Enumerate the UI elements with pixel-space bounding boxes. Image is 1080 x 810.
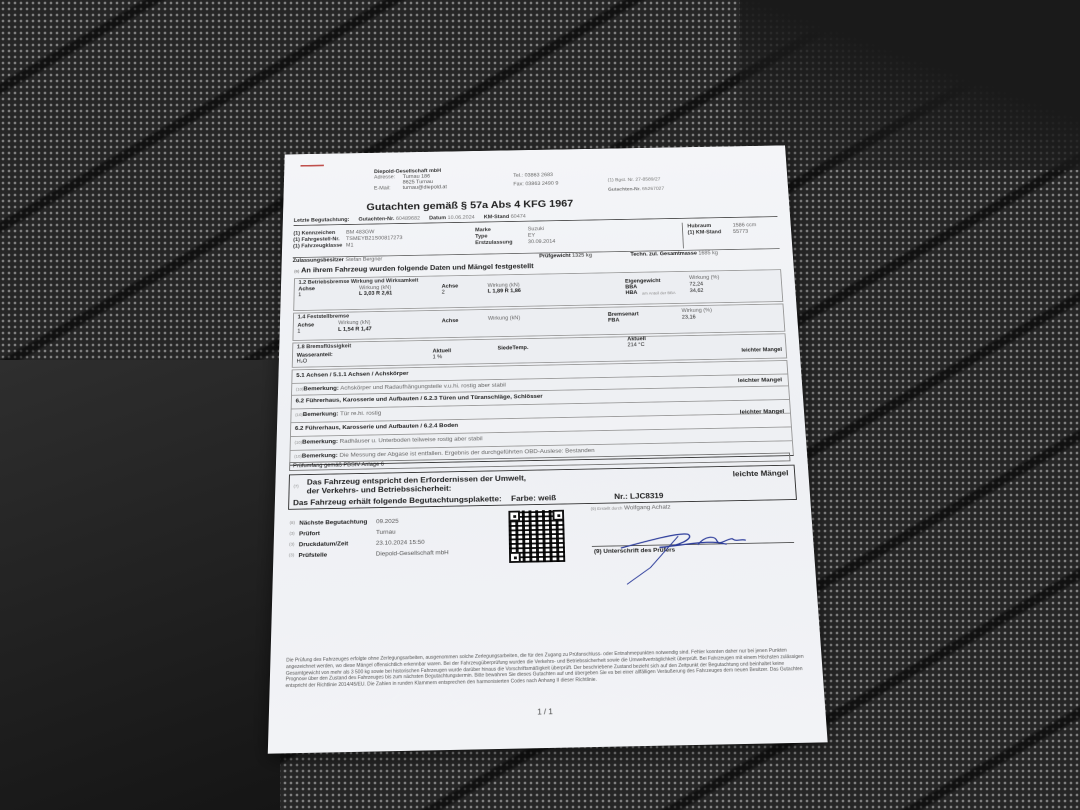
sticker-number: Nr.: LJC8319 — [614, 491, 664, 501]
company-header: Diepold-Gesellschaft mbH Adresse:Turnau … — [374, 163, 761, 191]
inspection-report-document: Diepold-Gesellschaft mbH Adresse:Turnau … — [268, 145, 828, 753]
inspection-footer-info: (8)Nächste Begutachtung09.2025 (3)Prüfor… — [289, 517, 449, 563]
contact-numbers: Tel.: 03863 2683 Fax: 03863 2490 9 — [513, 173, 558, 191]
verdict-box: (7) Das Fahrzeug entspricht den Erforder… — [288, 465, 797, 510]
qr-code — [508, 510, 565, 563]
red-mark — [301, 165, 324, 167]
seat-shadow — [740, 0, 1080, 170]
findings-heading: (6) An ihrem Fahrzeug wurden folgende Da… — [294, 262, 534, 274]
handwritten-signature — [581, 510, 806, 587]
legal-disclaimer: Die Prüfung des Fahrzeuges erfolgte ohne… — [285, 647, 807, 689]
verdict-result: leichte Mängel — [733, 468, 789, 478]
sticker-color: Farbe: weiß — [511, 493, 556, 503]
seat-shadow — [0, 360, 280, 810]
report-ids: (1) Bgst. Nr. 27-8589/27 Gutachten-Nr. 6… — [608, 177, 665, 197]
report-title: Gutachten gemäß § 57a Abs 4 KFG 1967 — [366, 198, 573, 213]
page-indicator: 1 / 1 — [537, 707, 553, 716]
